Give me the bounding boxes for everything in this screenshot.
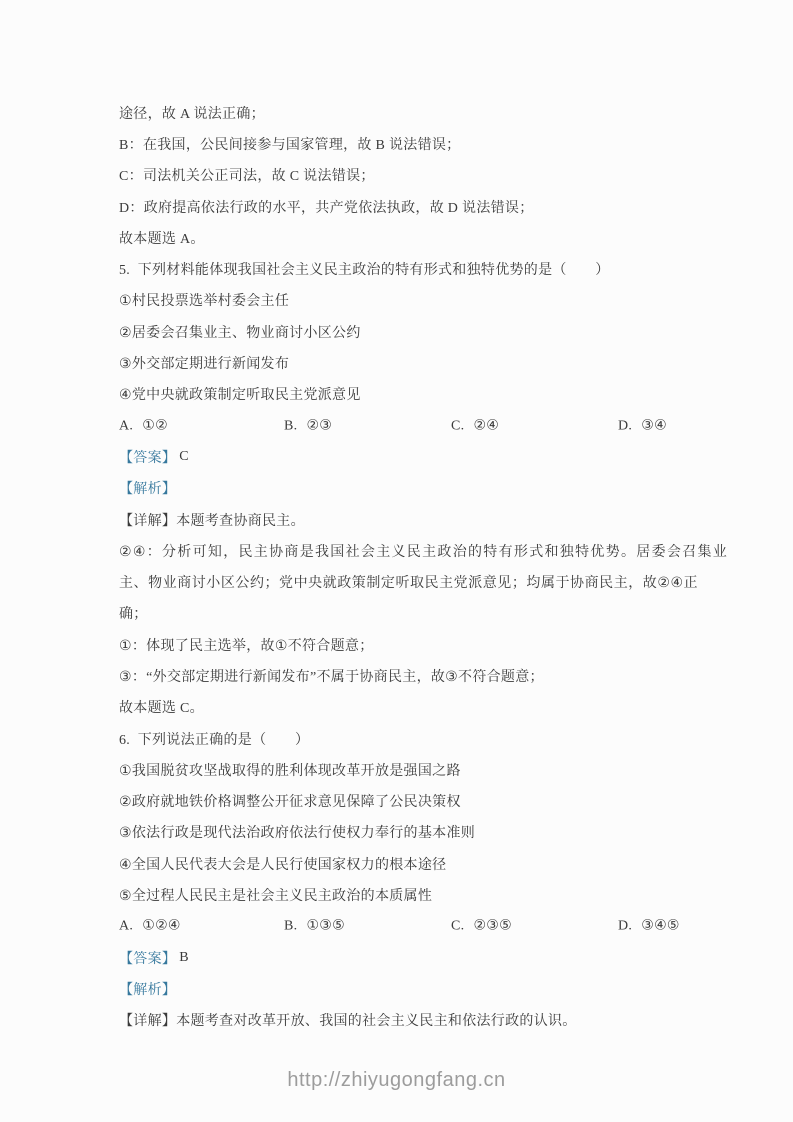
analysis-line: C：司法机关公正司法，故 C 说法错误； (119, 160, 700, 191)
answer-value: C (179, 449, 189, 465)
option: C.②④ (451, 417, 499, 434)
option-label: C. (451, 919, 464, 934)
q5-analysis-label-line: 【解析】 (119, 473, 700, 504)
exam-content: 途径，故 A 说法正确；B：在我国，公民间接参与国家管理，故 B 说法错误；C：… (119, 97, 700, 1036)
q6-option-row: A.①②④B.①③⑤C.②③⑤D.③④⑤ (119, 911, 700, 942)
q6-stem: 6. 下列说法正确的是（ ） (119, 723, 700, 754)
option: B.①③⑤ (284, 918, 345, 935)
choice-item: ⑤全过程人民民主是社会主义民主政治的本质属性 (119, 879, 700, 910)
analysis-line: 确； (119, 598, 700, 629)
option-value: ①② (142, 418, 168, 433)
analysis-label: 【解析】 (119, 478, 176, 498)
analysis-line: 故本题选 C。 (119, 692, 700, 723)
option: C.②③⑤ (451, 918, 512, 935)
choice-item: ②政府就地铁价格调整公开征求意见保障了公民决策权 (119, 786, 700, 817)
choice-item: ②居委会召集业主、物业商讨小区公约 (119, 316, 700, 347)
analysis-line: ③：“外交部定期进行新闻发布”不属于协商民主，故③不符合题意； (119, 660, 700, 691)
q4-analysis-tail: 途径，故 A 说法正确；B：在我国，公民间接参与国家管理，故 B 说法错误；C：… (119, 97, 700, 253)
choice-item: ④党中央就政策制定听取民主党派意见 (119, 379, 700, 410)
analysis-line: B：在我国，公民间接参与国家管理，故 B 说法错误； (119, 128, 700, 159)
option-label: A. (119, 919, 133, 934)
q5-detail-line: 【详解】本题考查协商民主。 (119, 504, 700, 535)
option-value: ③④⑤ (641, 919, 680, 934)
choice-item: ④全国人民代表大会是人民行使国家权力的根本途径 (119, 848, 700, 879)
analysis-line: ①：体现了民主选举，故①不符合题意； (119, 629, 700, 660)
option-label: B. (284, 418, 297, 433)
q6-analysis-label-line: 【解析】 (119, 973, 700, 1004)
q5-analysis-body: ②④：分析可知，民主协商是我国社会主义民主政治的特有形式和独特优势。居委会召集业… (119, 535, 700, 723)
option-value: ①②④ (142, 919, 181, 934)
answer-label: 【答案】 (119, 948, 176, 968)
choice-item: ③依法行政是现代法治政府依法行使权力奉行的基本准则 (119, 817, 700, 848)
option-value: ②③⑤ (473, 919, 512, 934)
choice-item: ①我国脱贫攻坚战取得的胜利体现改革开放是强国之路 (119, 754, 700, 785)
q5-stem: 5. 下列材料能体现我国社会主义民主政治的特有形式和独特优势的是（ ） (119, 253, 700, 284)
analysis-line: 主、物业商讨小区公约；党中央就政策制定听取民主党派意见；均属于协商民主，故②④正 (119, 566, 700, 597)
option: D.③④ (618, 417, 667, 434)
analysis-line: 故本题选 A。 (119, 222, 700, 253)
option-label: B. (284, 919, 297, 934)
option-label: D. (618, 418, 632, 433)
analysis-line: 途径，故 A 说法正确； (119, 97, 700, 128)
q6-choices: ①我国脱贫攻坚战取得的胜利体现改革开放是强国之路②政府就地铁价格调整公开征求意见… (119, 754, 700, 910)
answer-label: 【答案】 (119, 447, 176, 467)
option: A.①②④ (119, 918, 181, 935)
option-value: ①③⑤ (306, 919, 345, 934)
option: A.①② (119, 417, 168, 434)
q5-answer-line: 【答案】C (119, 441, 700, 472)
watermark-url: http://zhiyugongfang.cn (0, 1069, 793, 1092)
answer-value: B (179, 950, 189, 966)
analysis-line: D：政府提高依法行政的水平，共产党依法执政，故 D 说法错误； (119, 191, 700, 222)
q5-option-row: A.①②B.②③C.②④D.③④ (119, 410, 700, 441)
analysis-line: ②④：分析可知，民主协商是我国社会主义民主政治的特有形式和独特优势。居委会召集业 (119, 535, 700, 566)
option-value: ②④ (473, 418, 499, 433)
q6-answer-line: 【答案】B (119, 942, 700, 973)
option-label: A. (119, 418, 133, 433)
q6-detail-line: 【详解】本题考查对改革开放、我国的社会主义民主和依法行政的认识。 (119, 1005, 700, 1036)
option: B.②③ (284, 417, 332, 434)
analysis-label: 【解析】 (119, 979, 176, 999)
q5-choices: ①村民投票选举村委会主任②居委会召集业主、物业商讨小区公约③外交部定期进行新闻发… (119, 285, 700, 410)
option-label: C. (451, 418, 464, 433)
choice-item: ③外交部定期进行新闻发布 (119, 347, 700, 378)
option-value: ②③ (306, 418, 332, 433)
option: D.③④⑤ (618, 918, 680, 935)
choice-item: ①村民投票选举村委会主任 (119, 285, 700, 316)
option-label: D. (618, 919, 632, 934)
option-value: ③④ (641, 418, 667, 433)
